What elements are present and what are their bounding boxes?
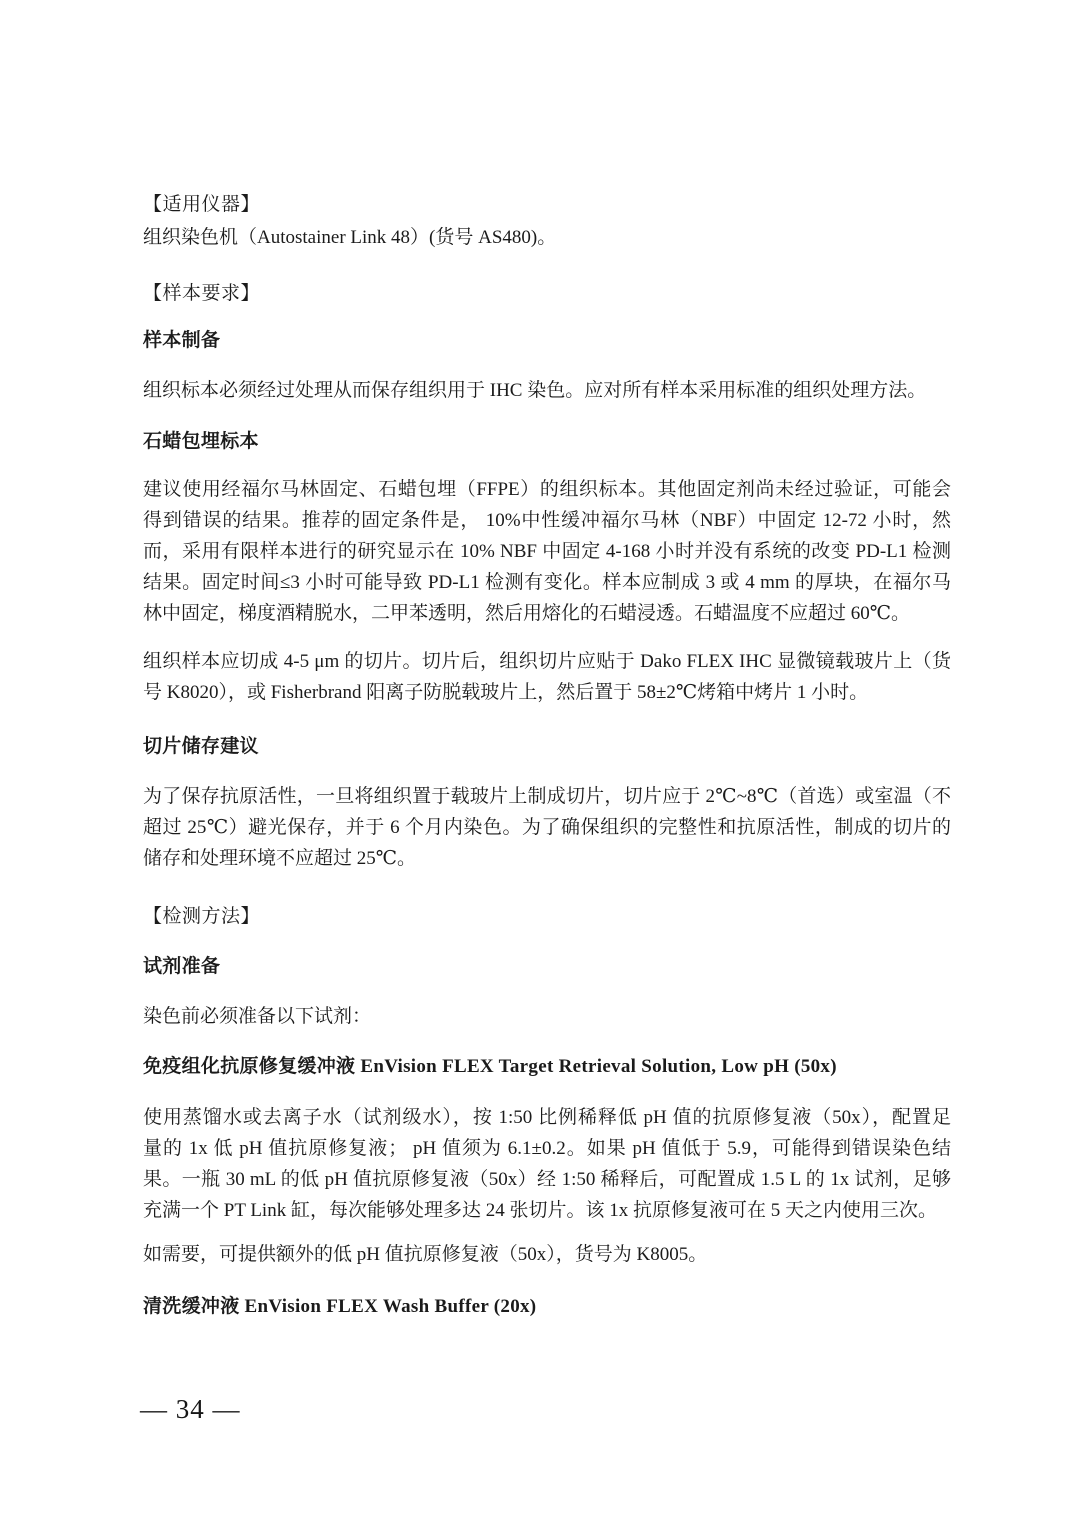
subheading-specimen-preparation: 样本制备 bbox=[143, 325, 951, 356]
para-line: 充满一个 PT Link 缸，每次能够处理多达 24 张切片。该 1x 抗原修复… bbox=[143, 1195, 951, 1226]
para-line: 组织样本应切成 4-5 μm 的切片。切片后，组织切片应贴于 Dako FLEX… bbox=[143, 646, 951, 677]
para-line: 果。一瓶 30 mL 的低 pH 值抗原修复液（50x）经 1:50 稀释后，可… bbox=[143, 1164, 951, 1195]
text-additional-retrieval-solution: 如需要，可提供额外的低 pH 值抗原修复液（50x），货号为 K8005。 bbox=[143, 1239, 951, 1270]
section-title-applicable-instruments: 【适用仪器】 bbox=[143, 189, 951, 220]
para-line: 结果。固定时间≤3 小时可能导致 PD-L1 检测有变化。样本应制成 3 或 4… bbox=[143, 567, 951, 598]
subheading-target-retrieval-solution: 免疫组化抗原修复缓冲液 EnVision FLEX Target Retriev… bbox=[143, 1051, 951, 1082]
para-line: 而，采用有限样本进行的研究显示在 10% NBF 中固定 4-168 小时并没有… bbox=[143, 536, 951, 567]
document-page: 【适用仪器】 组织染色机（Autostainer Link 48）(货号 AS4… bbox=[0, 0, 1080, 1527]
para-line: 使用蒸馏水或去离子水（试剂级水），按 1:50 比例稀释低 pH 值的抗原修复液… bbox=[143, 1102, 951, 1133]
text-reagents-intro: 染色前必须准备以下试剂： bbox=[143, 1001, 951, 1032]
para-slide-storage: 为了保存抗原活性，一旦将组织置于载玻片上制成切片，切片应于 2℃~8℃（首选）或… bbox=[143, 781, 951, 874]
para-line: 为了保存抗原活性，一旦将组织置于载玻片上制成切片，切片应于 2℃~8℃（首选）或… bbox=[143, 781, 951, 812]
para-line: 林中固定，梯度酒精脱水，二甲苯透明，然后用熔化的石蜡浸透。石蜡温度不应超过 60… bbox=[143, 598, 951, 629]
para-line: 储存和处理环境不应超过 25℃。 bbox=[143, 843, 951, 874]
subheading-paraffin-embedded-specimens: 石蜡包埋标本 bbox=[143, 426, 951, 457]
para-line: 超过 25℃）避光保存，并于 6 个月内染色。为了确保组织的完整性和抗原活性，制… bbox=[143, 812, 951, 843]
subheading-reagent-preparation: 试剂准备 bbox=[143, 951, 951, 982]
page-number: — 34 — bbox=[140, 1392, 241, 1426]
section-title-test-method: 【检测方法】 bbox=[143, 901, 951, 932]
para-retrieval-dilution: 使用蒸馏水或去离子水（试剂级水），按 1:50 比例稀释低 pH 值的抗原修复液… bbox=[143, 1102, 951, 1226]
para-line: 量的 1x 低 pH 值抗原修复液； pH 值须为 6.1±0.2。如果 pH … bbox=[143, 1133, 951, 1164]
para-line: 得到错误的结果。推荐的固定条件是， 10%中性缓冲福尔马林（NBF）中固定 12… bbox=[143, 505, 951, 536]
para-line: 建议使用经福尔马林固定、石蜡包埋（FFPE）的组织标本。其他固定剂尚未经过验证，… bbox=[143, 474, 951, 505]
subheading-wash-buffer: 清洗缓冲液 EnVision FLEX Wash Buffer (20x) bbox=[143, 1291, 951, 1322]
para-fixation: 建议使用经福尔马林固定、石蜡包埋（FFPE）的组织标本。其他固定剂尚未经过验证，… bbox=[143, 474, 951, 629]
para-specimen-preparation: 组织标本必须经过处理从而保存组织用于 IHC 染色。应对所有样本采用标准的组织处… bbox=[143, 375, 951, 406]
para-line: 号 K8020），或 Fisherbrand 阳离子防脱载玻片上，然后置于 58… bbox=[143, 677, 951, 708]
subheading-slide-storage: 切片储存建议 bbox=[143, 731, 951, 762]
section-title-specimen-requirements: 【样本要求】 bbox=[143, 278, 951, 309]
para-sectioning: 组织样本应切成 4-5 μm 的切片。切片后，组织切片应贴于 Dako FLEX… bbox=[143, 646, 951, 708]
text-instrument-line: 组织染色机（Autostainer Link 48）(货号 AS480)。 bbox=[143, 222, 951, 253]
